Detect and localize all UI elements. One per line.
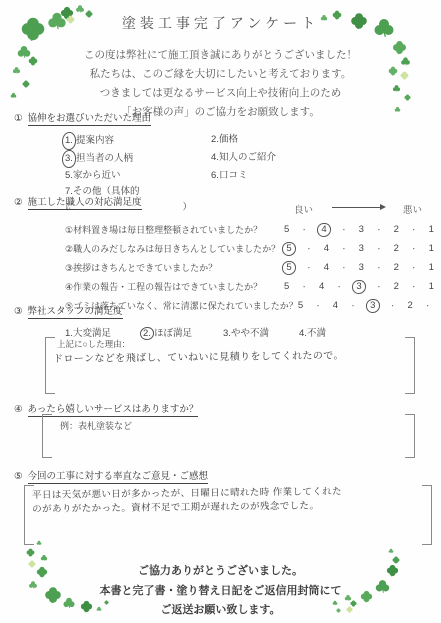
scale-good-label: 良い [294, 202, 313, 216]
rating-value-1[interactable]: 1 [429, 262, 434, 273]
question-5-heading: ⑤今回の工事に対する率直なご意見・ご感想 [14, 468, 434, 484]
rating-value-4[interactable]: 4 [317, 223, 331, 237]
rating-value-5[interactable]: 5 [282, 242, 296, 256]
intro-line: この度は弊社にて施工頂き誠にありがとうございました！ [0, 46, 441, 65]
rating-value-1[interactable]: 1 [429, 224, 434, 235]
footer-message: ご協力ありがとうございました。 本書と完了書・塗り替え日記をご返信用封筒にて ご… [0, 562, 441, 621]
rating-scale-header: 良い 悪い [284, 202, 434, 216]
clover-icon [40, 554, 48, 562]
rating-value-2[interactable]: 2 [394, 243, 399, 254]
scale-separator: ・ [340, 244, 347, 254]
rating-scale: 5・4・3・2・1 [284, 280, 434, 294]
option-staff-personality[interactable]: 3.担当者の人柄 [65, 150, 211, 168]
scale-separator: ・ [375, 244, 382, 254]
scale-separator: ・ [375, 263, 382, 273]
question-2: ②施工した職人の対応満足度 良い 悪い ①材料置き場は毎日整理整頓されていました… [14, 194, 434, 315]
question-5-answer-box[interactable]: 平日は天気が悪い日が多かったが、日曜日に晴れた時 作業してくれた のがありがたか… [24, 485, 432, 545]
rating-scale: 5・4・3・2・1 [284, 223, 434, 237]
question-number: ① [14, 113, 23, 124]
question-3: ③弊社スタッフの満足度 1.大変満足 2.ほぼ満足 3.やや不満 4.不満 [14, 303, 434, 340]
clover-icon [388, 548, 394, 554]
rating-value-4[interactable]: 4 [319, 281, 324, 292]
example-text: 例：表札塗装など [60, 419, 415, 432]
option-price[interactable]: 2.価格 [211, 132, 434, 150]
option-word-of-mouth[interactable]: 6.口コミ [211, 168, 434, 184]
scale-bad-label: 悪い [403, 202, 422, 216]
rating-value-1[interactable]: 1 [429, 243, 434, 254]
question-number: ③ [14, 306, 23, 317]
rating-scale: 5・4・3・2・1 [284, 242, 434, 256]
rating-value-3[interactable]: 3 [359, 262, 364, 273]
scale-separator: ・ [305, 244, 312, 254]
option-near-home[interactable]: 5.家から近い [65, 168, 211, 184]
rating-value-2[interactable]: 2 [394, 262, 399, 273]
scale-separator: ・ [375, 282, 382, 292]
rating-value-5[interactable]: 5 [284, 224, 289, 235]
option-proposal[interactable]: 1.提案内容 [65, 132, 211, 150]
scale-separator: ・ [410, 244, 417, 254]
scale-separator: ・ [410, 282, 417, 292]
scale-separator: ・ [340, 225, 347, 235]
survey-page: 塗装工事完了アンケート この度は弊社にて施工頂き誠にありがとうございました！ 私… [0, 0, 441, 623]
scale-separator: ・ [305, 263, 312, 273]
rating-value-4[interactable]: 4 [324, 262, 329, 273]
rating-value-3[interactable]: 3 [352, 280, 366, 294]
rating-question-label: ④作業の報告・工程の報告はできていましたか？ [65, 280, 262, 293]
question-4-answer-box[interactable]: 例：表札塗装など [42, 414, 415, 458]
scale-separator: ・ [340, 263, 347, 273]
intro-line: 私たちは、このご縁を大切にしたいと考えております。 [0, 65, 441, 84]
rating-value-2[interactable]: 2 [394, 281, 399, 292]
rating-row: ③挨拶はきちんとできていましたか？ 5・4・3・2・1 [65, 258, 434, 277]
scale-separator: ・ [375, 225, 382, 235]
clover-icon [26, 548, 35, 557]
rating-value-1[interactable]: 1 [429, 281, 434, 292]
good-to-bad-arrow-icon [332, 207, 384, 208]
intro-line: つきましては更なるサービス向上や技術向上のため [0, 84, 441, 103]
rating-scale: 5・4・3・2・1 [284, 261, 434, 275]
question-3-heading: ③弊社スタッフの満足度 [14, 303, 434, 319]
rating-value-5[interactable]: 5 [282, 261, 296, 275]
handwritten-comment: 平日は天気が悪い日が多かったが、日曜日に晴れた時 作業してくれた のがありがたか… [32, 484, 432, 517]
question-number: ② [14, 197, 23, 208]
question-3-answer-box[interactable]: 上記に○した理由： ドローンなどを飛ばし、ていねいに見積りをしてくれたので。 [45, 337, 415, 394]
rating-value-4[interactable]: 4 [324, 243, 329, 254]
question-2-heading: ②施工した職人の対応満足度 [14, 194, 142, 210]
rating-row: ①材料置き場は毎日整理整頓されていましたか？ 5・4・3・2・1 [65, 220, 434, 239]
rating-question-label: ③挨拶はきちんとできていましたか？ [65, 261, 217, 274]
rating-value-5[interactable]: 5 [284, 281, 289, 292]
rating-value-3[interactable]: 3 [359, 243, 364, 254]
scale-separator: ・ [410, 263, 417, 273]
reason-label: 上記に○した理由： [57, 338, 415, 350]
page-title: 塗装工事完了アンケート [0, 13, 441, 33]
question-number: ④ [14, 404, 23, 415]
handwritten-reason: ドローンなどを飛ばし、ていねいに見積りをしてくれたので。 [53, 349, 415, 367]
scale-separator: ・ [301, 225, 308, 235]
question-number: ⑤ [14, 471, 23, 482]
rating-question-label: ②職人のみだしなみは毎日きちんとしていましたか？ [65, 242, 280, 255]
scale-separator: ・ [336, 282, 343, 292]
question-1-heading: ①協伸をお選びいただいた理由 [14, 110, 434, 126]
rating-row: ②職人のみだしなみは毎日きちんとしていましたか？ 5・4・3・2・1 [65, 239, 434, 258]
rating-value-3[interactable]: 3 [359, 224, 364, 235]
rating-value-2[interactable]: 2 [394, 224, 399, 235]
rating-rows: ①材料置き場は毎日整理整頓されていましたか？ 5・4・3・2・1 ②職人のみだし… [65, 220, 434, 315]
option-referral[interactable]: 4.知人のご紹介 [211, 150, 434, 168]
scale-separator: ・ [301, 282, 308, 292]
scale-separator: ・ [410, 225, 417, 235]
rating-row: ④作業の報告・工程の報告はできていましたか？ 5・4・3・2・1 [65, 277, 434, 296]
rating-question-label: ①材料置き場は毎日整理整頓されていましたか？ [65, 223, 262, 236]
